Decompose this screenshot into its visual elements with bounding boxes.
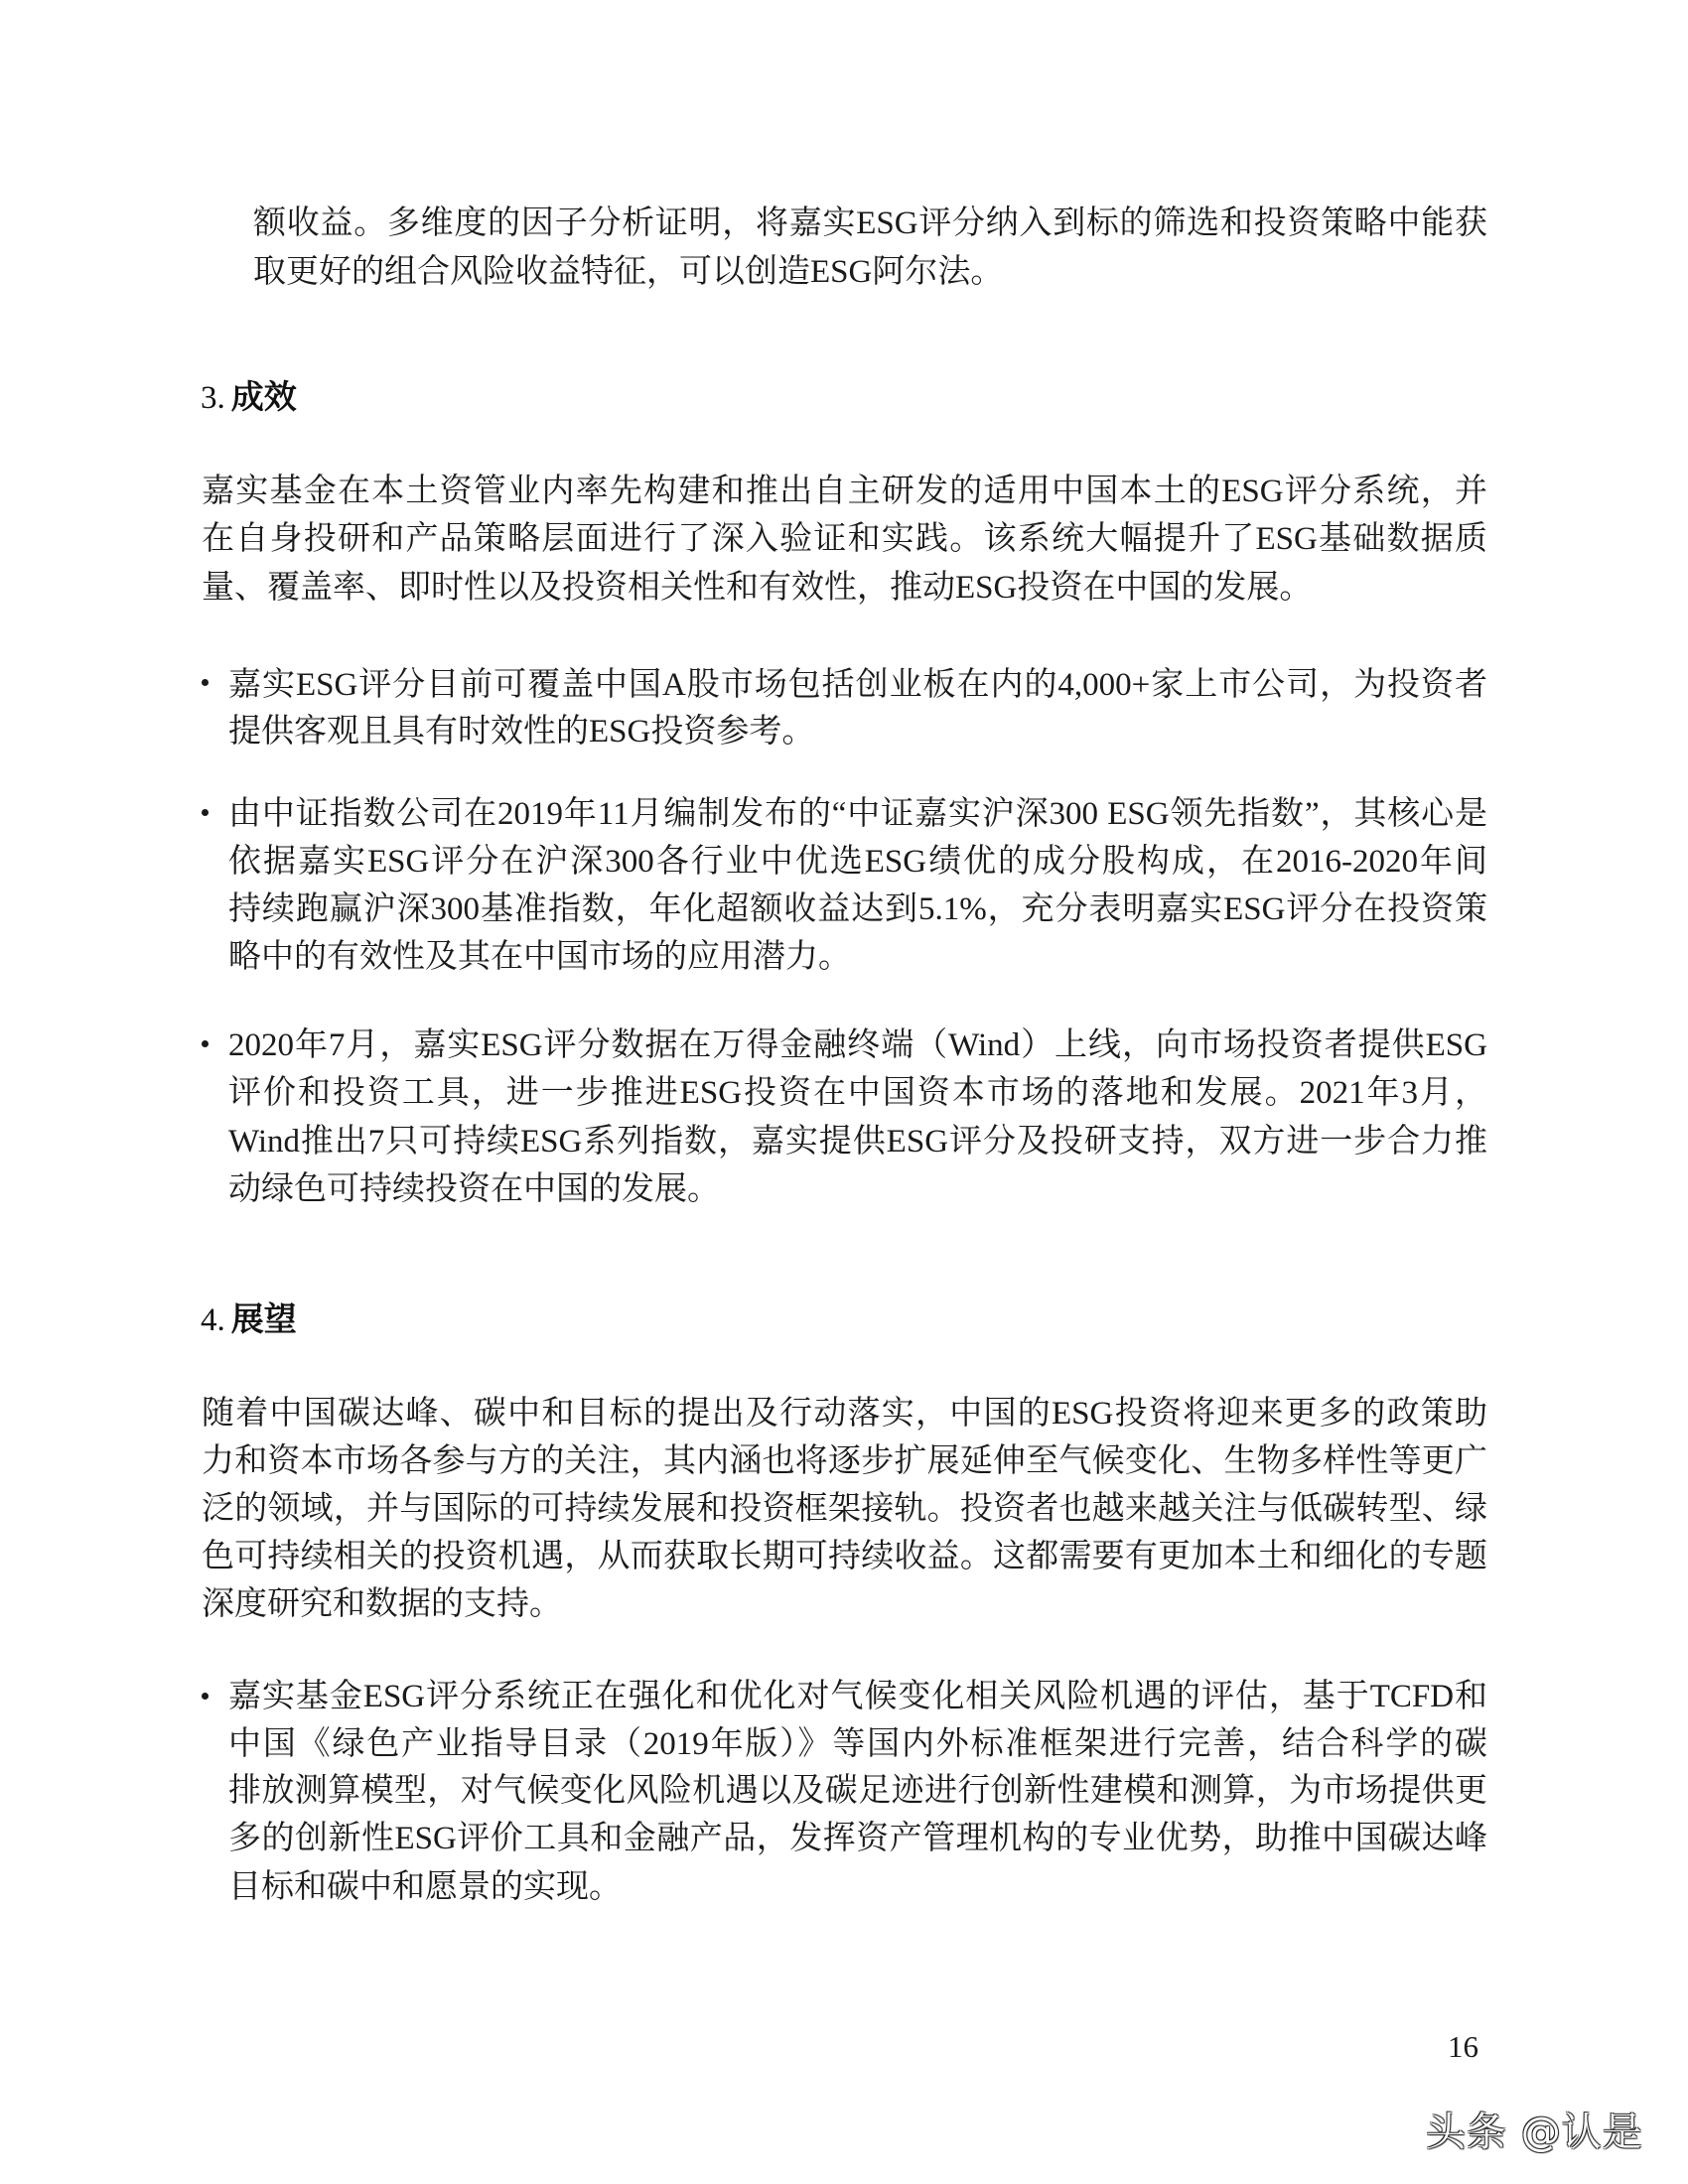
section-heading-4: 4.展望 [201,1296,297,1343]
paragraph-line: 力和资本市场各参与方的关注，其内涵也将逐步扩展延伸至气候变化、生物多样性等更广 [202,1437,1487,1485]
section-number: 3. [201,380,225,416]
watermark: 头条 @认是 [1426,2101,1643,2157]
document-page: 额收益。多维度的因子分析证明，将嘉实ESG评分纳入到标的筛选和投资策略中能获 取… [0,0,1688,2184]
paragraph-line: 泛的领域，并与国际的可持续发展和投资框架接轨。投资者也越来越关注与低碳转型、绿 [202,1485,1487,1533]
bullet-icon [202,1693,209,1700]
bullet-icon [202,1040,209,1047]
page-number: 16 [1448,2029,1478,2065]
bullet-line: 依据嘉实ESG评分在沪深300各行业中优选ESG绩优的成分股构成，在2016-2… [228,838,1487,886]
bullet-line: Wind推出7只可持续ESG系列指数，嘉实提供ESG评分及投研支持，双方进一步合… [228,1118,1487,1165]
bullet-line: 持续跑赢沪深300基准指数，年化超额收益达到5.1%，充分表明嘉实ESG评分在投… [228,886,1487,933]
section-number: 4. [201,1302,225,1338]
bullet-line: 嘉实基金ESG评分系统正在强化和优化对气候变化相关风险机遇的评估，基于TCFD和 [228,1673,1487,1720]
bullet-line: 2020年7月，嘉实ESG评分数据在万得金融终端（Wind）上线，向市场投资者提… [228,1022,1487,1069]
section-title: 成效 [231,377,297,416]
paragraph-line: 随着中国碳达峰、碳中和目标的提出及行动落实，中国的ESG投资将迎来更多的政策助 [202,1390,1487,1437]
bullet-line: 略中的有效性及其在中国市场的应用潜力。 [228,933,1487,981]
paragraph-line: 深度研究和数据的支持。 [202,1580,1487,1628]
fragment-line: 取更好的组合风险收益特征，可以创造ESG阿尔法。 [253,248,1487,296]
bullet-line: 嘉实ESG评分目前可覆盖中国A股市场包括创业板在内的4,000+家上市公司，为投… [228,661,1487,709]
bullet-line: 多的创新性ESG评价工具和金融产品，发挥资产管理机构的专业优势，助推中国碳达峰 [228,1815,1487,1862]
bullet-line: 由中证指数公司在2019年11月编制发布的“中证嘉实沪深300 ESG领先指数”… [228,790,1487,838]
fragment-line: 额收益。多维度的因子分析证明，将嘉实ESG评分纳入到标的筛选和投资策略中能获 [253,200,1487,247]
paragraph-line: 色可持续相关的投资机遇，从而获取长期可持续收益。这都需要有更加本土和细化的专题 [202,1533,1487,1580]
paragraph-line: 在自身投研和产品策略层面进行了深入验证和实践。该系统大幅提升了ESG基础数据质 [202,515,1487,563]
bullet-line: 动绿色可持续投资在中国的发展。 [228,1165,1487,1213]
paragraph-line: 嘉实基金在本土资管业内率先构建和推出自主研发的适用中国本土的ESG评分系统，并 [202,468,1487,515]
section-title: 展望 [231,1299,297,1338]
bullet-line: 排放测算模型，对气候变化风险机遇以及碳足迹进行创新性建模和测算，为市场提供更 [228,1767,1487,1815]
bullet-icon [202,809,209,816]
section-heading-3: 3.成效 [201,373,297,421]
bullet-icon [202,679,209,686]
bullet-line: 目标和碳中和愿景的实现。 [228,1863,1487,1911]
paragraph-line: 量、覆盖率、即时性以及投资相关性和有效性，推动ESG投资在中国的发展。 [202,564,1487,612]
bullet-line: 中国《绿色产业指导目录（2019年版）》等国内外标准框架进行完善，结合科学的碳 [228,1720,1487,1768]
bullet-line: 提供客观且具有时效性的ESG投资参考。 [228,708,1487,755]
bullet-line: 评价和投资工具，进一步推进ESG投资在中国资本市场的落地和发展。2021年3月， [228,1069,1487,1117]
